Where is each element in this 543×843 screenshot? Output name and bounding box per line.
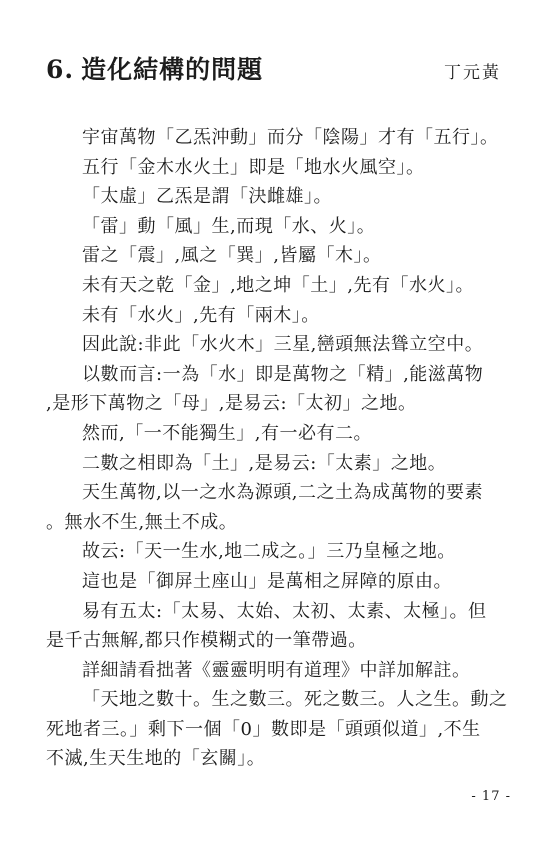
text-line: 宇宙萬物「乙炁沖動」而分「陰陽」才有「五行」。 (46, 123, 503, 153)
text-line: 天生萬物,以一之水為源頭,二之土為成萬物的要素 (46, 478, 503, 508)
text-line: 不滅,生天生地的「玄關」。 (46, 744, 503, 774)
text-line: 五行「金木水火土」即是「地水火風空」。 (46, 153, 503, 183)
text-line: 故云:「天一生水,地二成之。」三乃皇極之地。 (46, 537, 503, 567)
body-text: 宇宙萬物「乙炁沖動」而分「陰陽」才有「五行」。 五行「金木水火土」即是「地水火風… (46, 123, 503, 774)
text-line: 。無水不生,無土不成。 (46, 508, 503, 538)
page-number: - 17 - (471, 789, 511, 804)
header: 6.造化結構的問題 丁元黃 (46, 50, 503, 86)
text-line: 未有「水火」,先有「兩木」。 (46, 301, 503, 331)
text-line: 這也是「御屏土座山」是萬相之屏障的原由。 (46, 567, 503, 597)
document-page: 6.造化結構的問題 丁元黃 宇宙萬物「乙炁沖動」而分「陰陽」才有「五行」。 五行… (0, 0, 543, 843)
chapter-number: 6. (46, 55, 74, 84)
chapter-title: 6.造化結構的問題 (46, 50, 263, 86)
text-line: 易有五太:「太易、太始、太初、太素、太極」。但 (46, 597, 503, 627)
text-line: 雷之「震」,風之「巽」,皆屬「木」。 (46, 241, 503, 271)
text-line: ,是形下萬物之「母」,是易云:「太初」之地。 (46, 389, 503, 419)
text-line: 未有天之乾「金」,地之坤「土」,先有「水火」。 (46, 271, 503, 301)
text-line: 因此說:非此「水火木」三星,巒頭無法聳立空中。 (46, 330, 503, 360)
text-line: 然而,「一不能獨生」,有一必有二。 (46, 419, 503, 449)
text-line: 詳細請看拙著《靈靈明明有道理》中詳加解註。 (46, 656, 503, 686)
text-line: 「天地之數十。生之數三。死之數三。人之生。動之 (46, 685, 503, 715)
text-line: 二數之相即為「土」,是易云:「太素」之地。 (46, 449, 503, 479)
text-line: 死地者三。」剩下一個「0」數即是「頭頭似道」,不生 (46, 715, 503, 745)
chapter-title-text: 造化結構的問題 (81, 55, 263, 84)
author-name: 丁元黃 (444, 58, 501, 83)
text-line: 以數而言:一為「水」即是萬物之「精」,能滋萬物 (46, 360, 503, 390)
text-line: 「太虛」乙炁是謂「決雌雄」。 (46, 182, 503, 212)
text-line: 「雷」動「風」生,而現「水、火」。 (46, 212, 503, 242)
text-line: 是千古無解,都只作模糊式的一筆帶過。 (46, 626, 503, 656)
